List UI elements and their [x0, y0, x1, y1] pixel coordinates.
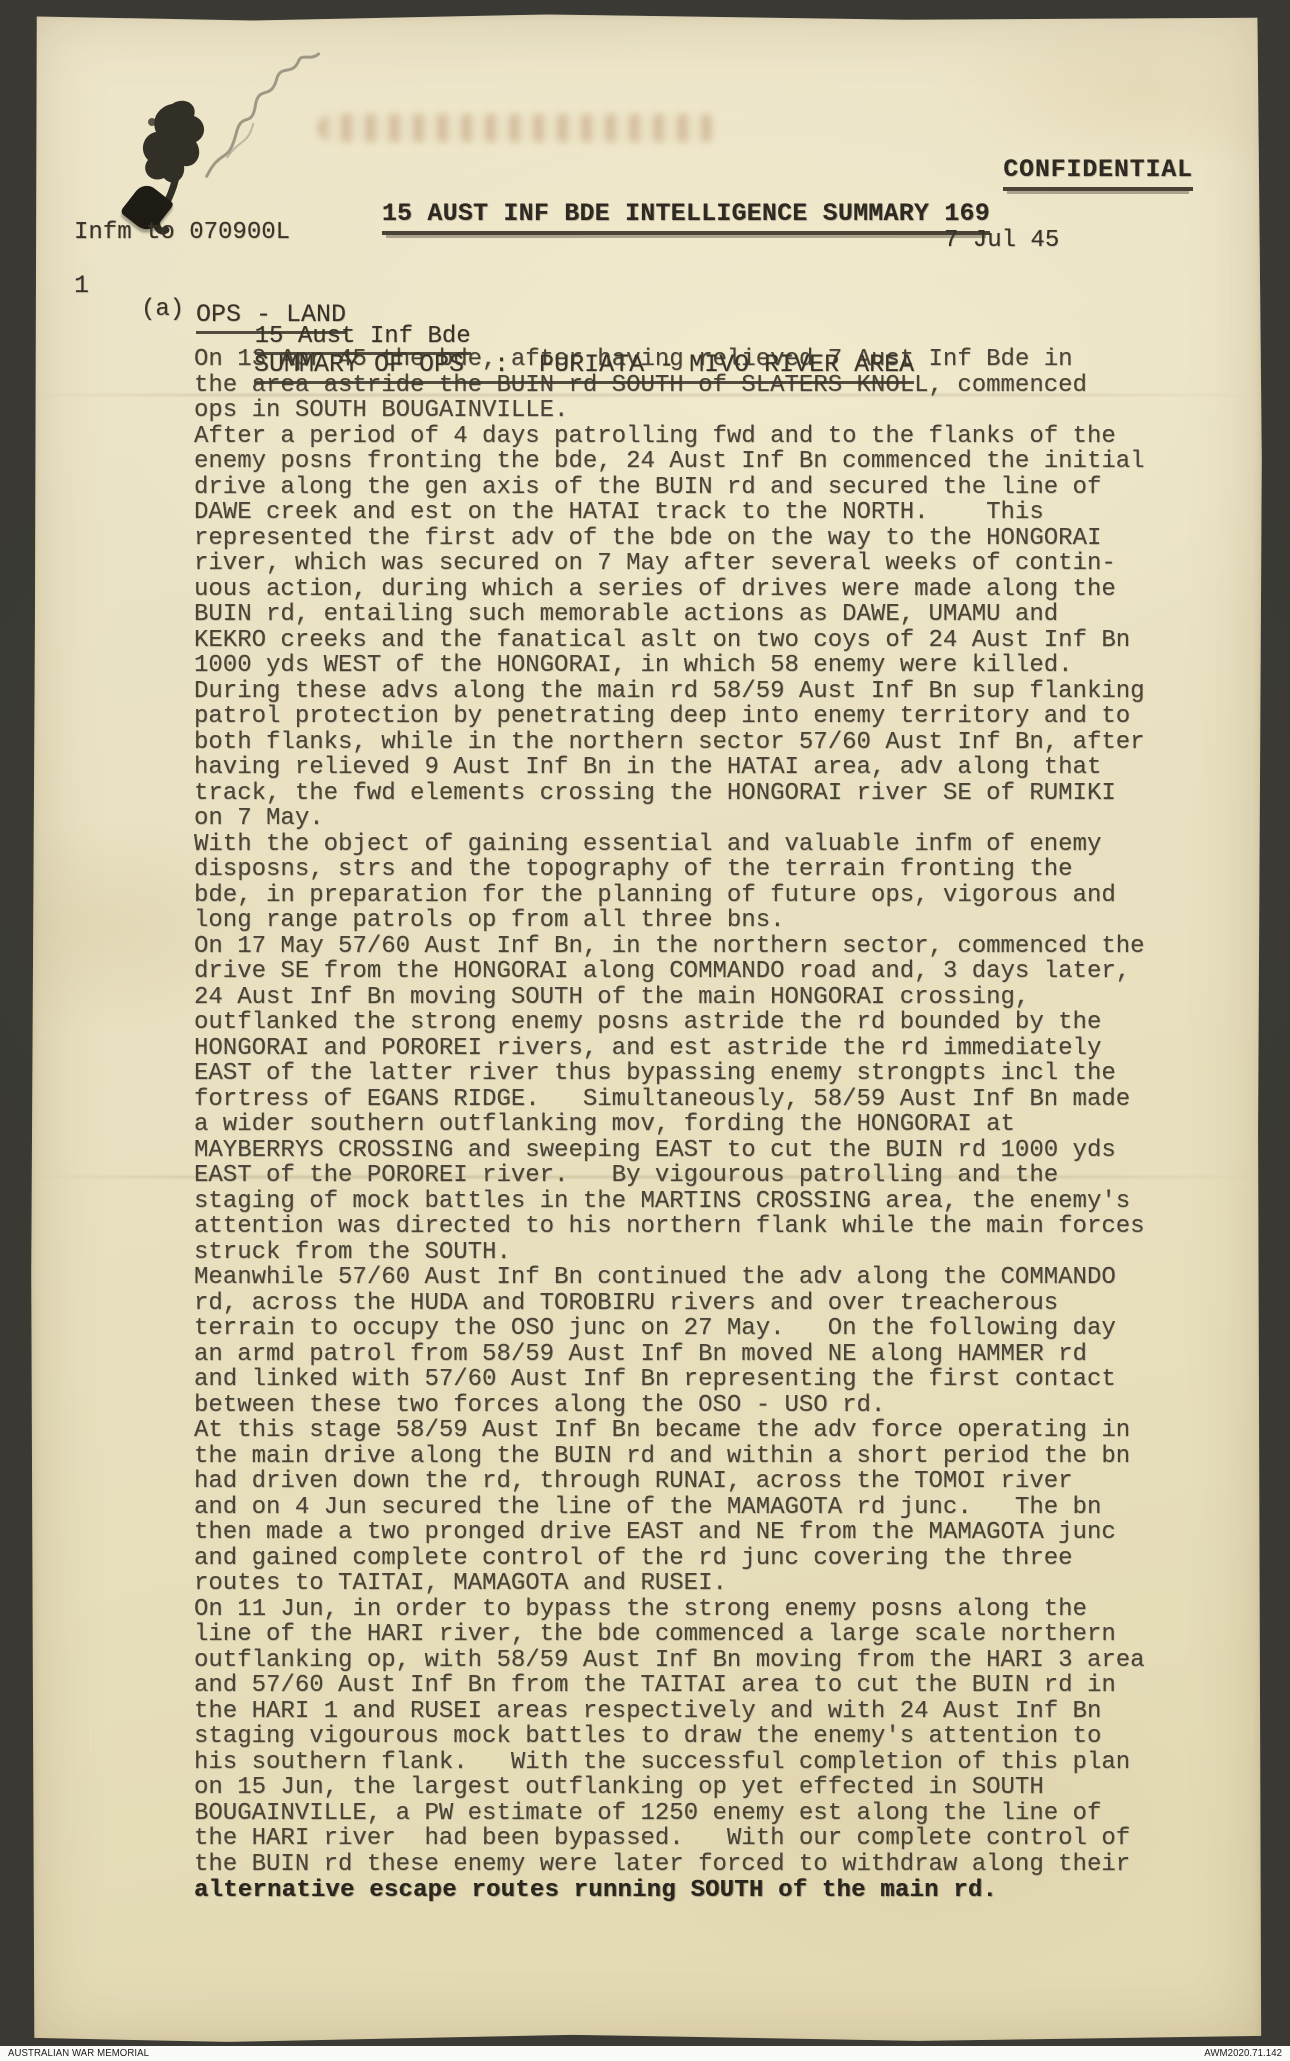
classification-text: CONFIDENTIAL	[1003, 155, 1193, 191]
document-date: 7 Jul 45	[944, 227, 1059, 254]
scanned-document-page: CONFIDENTIAL 15 AUST INF BDE INTELLIGENC…	[0, 0, 1290, 2061]
body-last-line-bold: alternative escape routes running SOUTH …	[194, 1877, 997, 1904]
section-number: 1	[74, 271, 89, 300]
archive-name-label: AUSTRALIAN WAR MEMORIAL	[8, 2046, 149, 2061]
info-line: Infm to 070900L	[74, 219, 290, 246]
subsection-label: (a)	[141, 296, 184, 323]
document-title: 15 AUST INF BDE INTELLIGENCE SUMMARY 169	[321, 170, 990, 257]
archive-footer-bar: AUSTRALIAN WAR MEMORIAL AWM2020.71.142	[0, 2046, 1290, 2061]
document-title-text: 15 AUST INF BDE INTELLIGENCE SUMMARY 169	[382, 199, 990, 235]
accession-number-label: AWM2020.71.142	[1204, 2046, 1282, 2061]
body-text: On 13 Apr 45 the bde, after having relie…	[194, 347, 1145, 1877]
faded-stamp-smudge	[318, 114, 718, 142]
